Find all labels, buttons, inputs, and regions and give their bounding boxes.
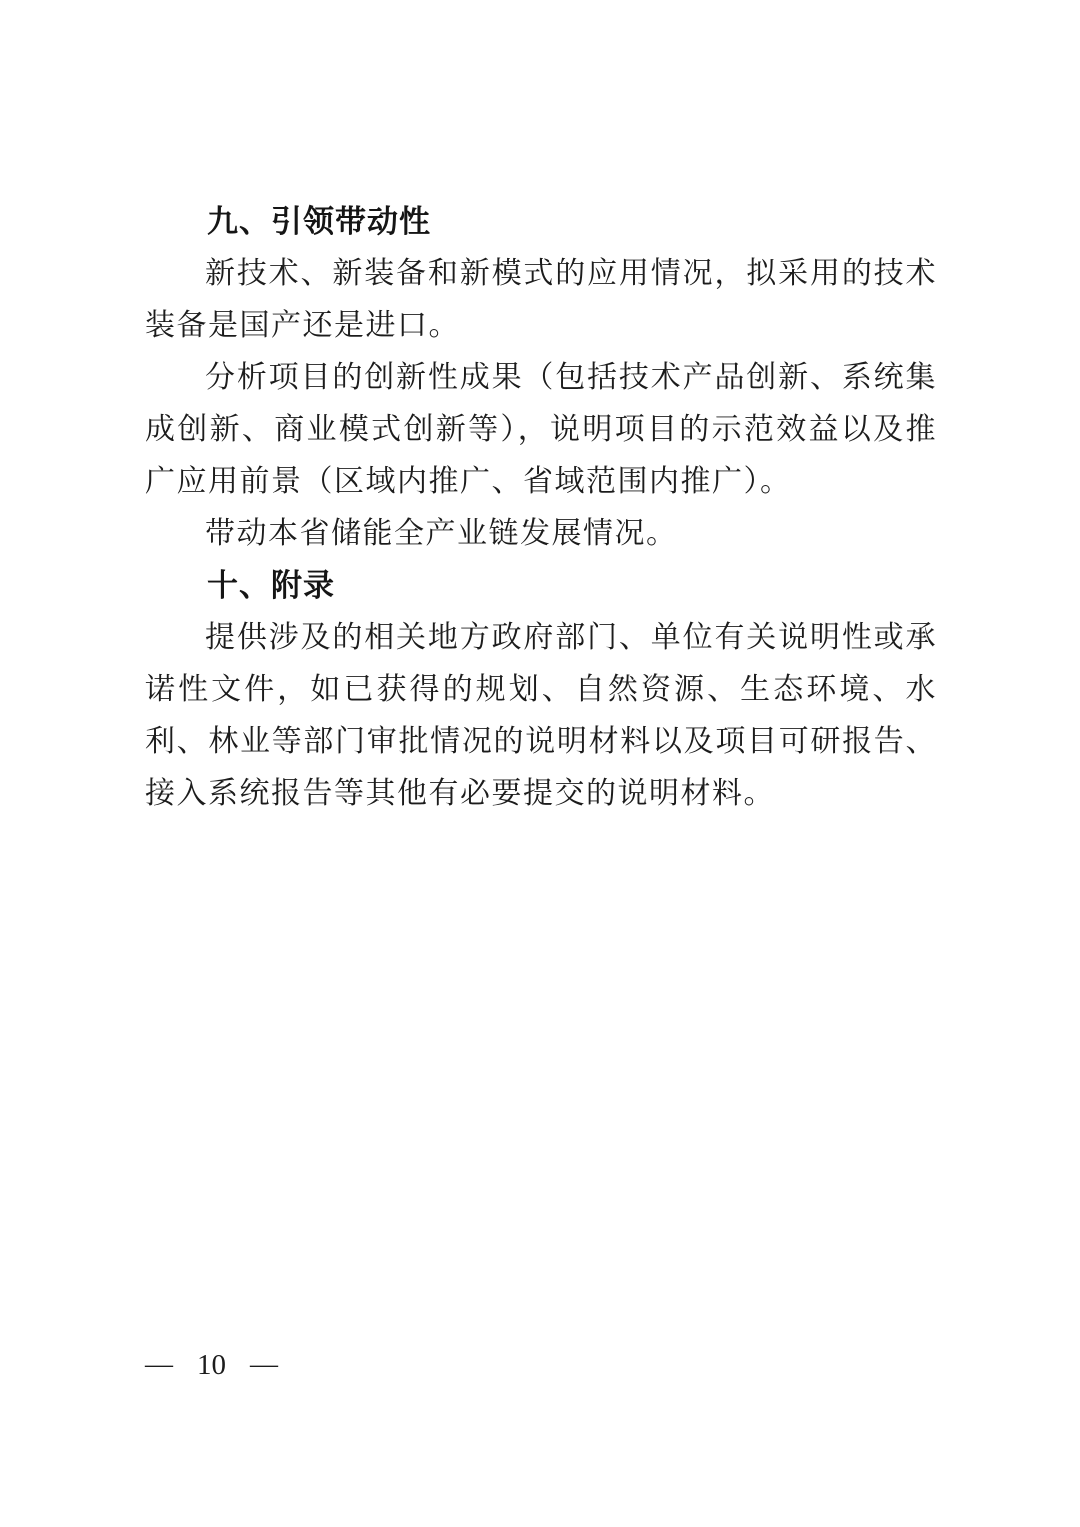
page-footer: — 10 —: [145, 1348, 278, 1382]
page-number: 10: [197, 1348, 226, 1382]
paragraph-innovation-results: 分析项目的创新性成果（包括技术产品创新、系统集成创新、商业模式创新等），说明项目…: [145, 352, 937, 508]
paragraph-new-technology: 新技术、新装备和新模式的应用情况，拟采用的技术装备是国产还是进口。: [145, 248, 937, 352]
footer-left-dash: —: [145, 1348, 173, 1382]
paragraph-industry-chain: 带动本省储能全产业链发展情况。: [145, 508, 937, 560]
paragraph-appendix-materials: 提供涉及的相关地方政府部门、单位有关说明性或承诺性文件，如已获得的规划、自然资源…: [145, 612, 937, 820]
document-body: 九、引领带动性 新技术、新装备和新模式的应用情况，拟采用的技术装备是国产还是进口…: [145, 196, 937, 820]
section-heading-nine: 九、引领带动性: [145, 196, 937, 248]
section-heading-ten: 十、附录: [145, 560, 937, 612]
footer-right-dash: —: [250, 1348, 278, 1382]
document-page: 九、引领带动性 新技术、新装备和新模式的应用情况，拟采用的技术装备是国产还是进口…: [0, 0, 1080, 1527]
